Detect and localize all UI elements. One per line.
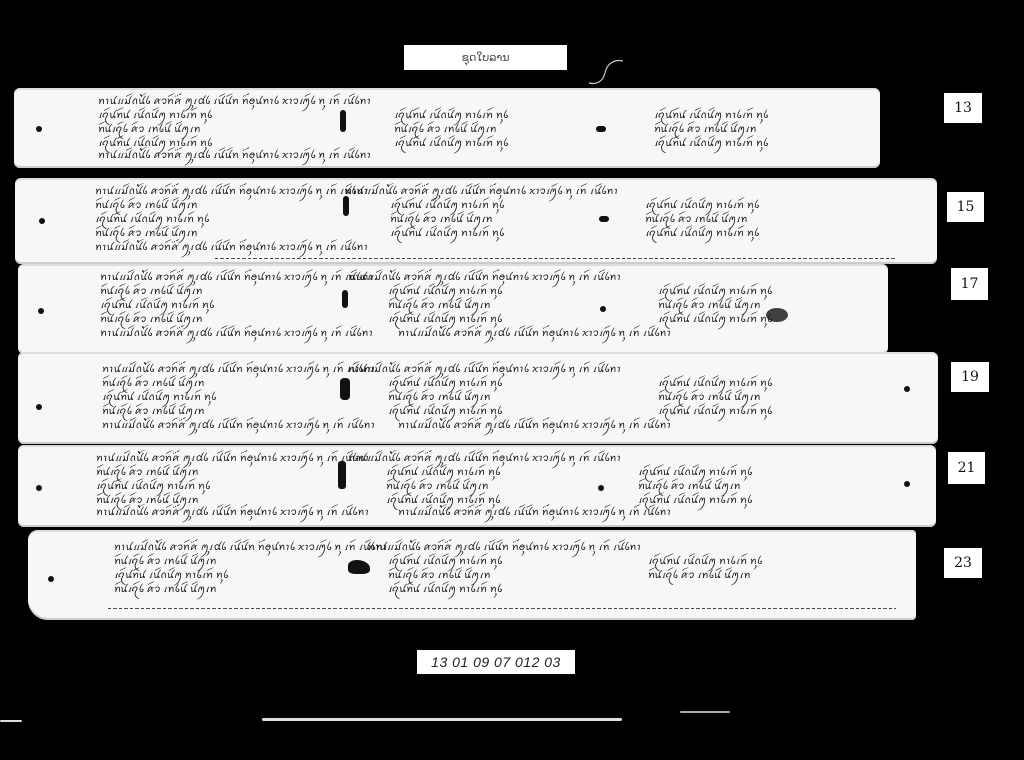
palm-leaf-21: ꪀꪱꪙꪵꪣꪷꪒꪙꪳꪉ ꪁꪫꪀꪷꪁꪾ ꪑꪴꪹꪠꪉ ꪹꪙꪷꪙꪷꪀ ꪀꪾꪮꪴꪙꪀꪱꪉ … [18,445,936,527]
script-line: ꪀꪱꪙꪵꪣꪷꪒꪙꪳꪉ ꪁꪫꪀꪷꪁꪾ ꪑꪴꪹꪠꪉ ꪹꪙꪷꪙꪷꪀ ꪀꪾꪮꪴꪙꪀꪱꪉ … [348,453,621,464]
binding-hole [598,485,604,491]
script-line: ꪹꪖꪷꪙꪀꪷꪙ ꪹꪙꪷꪒꪙꪷꪑ ꪀꪱꪉꪹꪀꪷ ꪀꪴꪉ [102,392,216,403]
page-number-label: 13 [944,93,982,123]
script-line: ꪹꪖꪷꪙꪀꪷꪙ ꪹꪙꪷꪒꪙꪷꪑ ꪀꪱꪉꪹꪀꪷ ꪀꪴꪉ [390,200,504,211]
binding-hole [39,218,45,224]
script-line: ꪀꪷꪙꪹꪖꪷꪉ ꪁꪷꪫ ꪹꪀꪉꪙꪷ ꪙꪷꪑꪹꪀ [96,495,199,506]
thread-strand [585,55,625,87]
script-line: ꪹꪖꪷꪙꪀꪷꪙ ꪹꪙꪷꪒꪙꪷꪑ ꪀꪱꪉꪹꪀꪷ ꪀꪴꪉ [386,495,500,506]
script-line: ꪹꪖꪷꪙꪀꪷꪙ ꪹꪙꪷꪒꪙꪷꪑ ꪀꪱꪉꪹꪀꪷ ꪀꪴꪉ [388,314,502,325]
ink-blot [340,378,350,400]
ink-blot [342,290,348,308]
script-line: ꪀꪷꪙꪹꪖꪷꪉ ꪁꪷꪫ ꪹꪀꪉꪙꪷ ꪙꪷꪑꪹꪀ [654,124,757,135]
binding-hole [36,404,42,410]
binding-hole [599,216,609,222]
script-line: ꪹꪖꪷꪙꪀꪷꪙ ꪹꪙꪷꪒꪙꪷꪑ ꪀꪱꪉꪹꪀꪷ ꪀꪴꪉ [386,467,500,478]
scan-streak [0,720,22,722]
script-line: ꪹꪖꪷꪙꪀꪷꪙ ꪹꪙꪷꪒꪙꪷꪑ ꪀꪱꪉꪹꪀꪷ ꪀꪴꪉ [654,110,768,121]
script-line: ꪹꪖꪷꪙꪀꪷꪙ ꪹꪙꪷꪒꪙꪷꪑ ꪀꪱꪉꪹꪀꪷ ꪀꪴꪉ [388,556,502,567]
script-line: ꪹꪖꪷꪙꪀꪷꪙ ꪹꪙꪷꪒꪙꪷꪑ ꪀꪱꪉꪹꪀꪷ ꪀꪴꪉ [96,481,210,492]
script-line: ꪹꪖꪷꪙꪀꪷꪙ ꪹꪙꪷꪒꪙꪷꪑ ꪀꪱꪉꪹꪀꪷ ꪀꪴꪉ [100,300,214,311]
script-line: ꪀꪷꪙꪹꪖꪷꪉ ꪁꪷꪫ ꪹꪀꪉꪙꪷ ꪙꪷꪑꪹꪀ [394,124,497,135]
ink-blot [348,560,370,574]
page-number-label: 15 [947,192,984,222]
script-line: ꪀꪷꪙꪹꪖꪷꪉ ꪁꪷꪫ ꪹꪀꪉꪙꪷ ꪙꪷꪑꪹꪀ [638,481,741,492]
script-line: ꪀꪷꪙꪹꪖꪷꪉ ꪁꪷꪫ ꪹꪀꪉꪙꪷ ꪙꪷꪑꪹꪀ [386,481,489,492]
script-line: ꪀꪷꪙꪹꪖꪷꪉ ꪁꪷꪫ ꪹꪀꪉꪙꪷ ꪙꪷꪑꪹꪀ [648,570,751,581]
script-line: ꪀꪷꪙꪹꪖꪷꪉ ꪁꪷꪫ ꪹꪀꪉꪙꪷ ꪙꪷꪑꪹꪀ [645,214,748,225]
script-line: ꪀꪷꪙꪹꪖꪷꪉ ꪁꪷꪫ ꪹꪀꪉꪙꪷ ꪙꪷꪑꪹꪀ [100,286,203,297]
script-line: ꪀꪱꪙꪵꪣꪷꪒꪙꪳꪉ ꪁꪫꪀꪷꪁꪾ ꪑꪴꪹꪠꪉ ꪹꪙꪷꪙꪷꪀ ꪀꪾꪮꪴꪙꪀꪱꪉ … [398,507,671,518]
script-line: ꪹꪖꪷꪙꪀꪷꪙ ꪹꪙꪷꪒꪙꪷꪑ ꪀꪱꪉꪹꪀꪷ ꪀꪴꪉ [98,110,212,121]
script-line: ꪀꪱꪙꪵꪣꪷꪒꪙꪳꪉ ꪁꪫꪀꪷꪁꪾ ꪑꪴꪹꪠꪉ ꪹꪙꪷꪙꪷꪀ ꪀꪾꪮꪴꪙꪀꪱꪉ … [102,420,375,431]
binding-hole [904,386,910,392]
script-line: ꪀꪱꪙꪵꪣꪷꪒꪙꪳꪉ ꪁꪫꪀꪷꪁꪾ ꪑꪴꪹꪠꪉ ꪹꪙꪷꪙꪷꪀ ꪀꪾꪮꪴꪙꪀꪱꪉ … [96,507,369,518]
script-line: ꪀꪱꪙꪵꪣꪷꪒꪙꪳꪉ ꪁꪫꪀꪷꪁꪾ ꪑꪴꪹꪠꪉ ꪹꪙꪷꪙꪷꪀ ꪀꪾꪮꪴꪙꪀꪱꪉ … [348,364,621,375]
script-line: ꪹꪖꪷꪙꪀꪷꪙ ꪹꪙꪷꪒꪙꪷꪑ ꪀꪱꪉꪹꪀꪷ ꪀꪴꪉ [645,228,759,239]
script-line: ꪀꪷꪙꪹꪖꪷꪉ ꪁꪷꪫ ꪹꪀꪉꪙꪷ ꪙꪷꪑꪹꪀ [102,378,205,389]
ink-blot [343,196,349,216]
script-line: ꪀꪱꪙꪵꪣꪷꪒꪙꪳꪉ ꪁꪫꪀꪷꪁꪾ ꪑꪴꪹꪠꪉ ꪹꪙꪷꪙꪷꪀ ꪀꪾꪮꪴꪙꪀꪱꪉ … [114,542,387,553]
script-line: ꪀꪱꪙꪵꪣꪷꪒꪙꪳꪉ ꪁꪫꪀꪷꪁꪾ ꪑꪴꪹꪠꪉ ꪹꪙꪷꪙꪷꪀ ꪀꪾꪮꪴꪙꪀꪱꪉ … [98,150,371,161]
scan-streak [680,711,730,713]
leaf-edge-line [108,608,896,609]
binding-hole [596,126,606,132]
palm-leaf-17: ꪀꪱꪙꪵꪣꪷꪒꪙꪳꪉ ꪁꪫꪀꪷꪁꪾ ꪑꪴꪹꪠꪉ ꪹꪙꪷꪙꪷꪀ ꪀꪾꪮꪴꪙꪀꪱꪉ … [18,264,888,354]
script-line: ꪀꪱꪙꪵꪣꪷꪒꪙꪳꪉ ꪁꪫꪀꪷꪁꪾ ꪑꪴꪹꪠꪉ ꪹꪙꪷꪙꪷꪀ ꪀꪾꪮꪴꪙꪀꪱꪉ … [96,453,369,464]
script-line: ꪹꪖꪷꪙꪀꪷꪙ ꪹꪙꪷꪒꪙꪷꪑ ꪀꪱꪉꪹꪀꪷ ꪀꪴꪉ [394,110,508,121]
palm-leaf-23: ꪀꪱꪙꪵꪣꪷꪒꪙꪳꪉ ꪁꪫꪀꪷꪁꪾ ꪑꪴꪹꪠꪉ ꪹꪙꪷꪙꪷꪀ ꪀꪾꪮꪴꪙꪀꪱꪉ … [28,530,916,620]
script-line: ꪹꪖꪷꪙꪀꪷꪙ ꪹꪙꪷꪒꪙꪷꪑ ꪀꪱꪉꪹꪀꪷ ꪀꪴꪉ [388,406,502,417]
script-line: ꪹꪖꪷꪙꪀꪷꪙ ꪹꪙꪷꪒꪙꪷꪑ ꪀꪱꪉꪹꪀꪷ ꪀꪴꪉ [388,584,502,595]
script-line: ꪀꪱꪙꪵꪣꪷꪒꪙꪳꪉ ꪁꪫꪀꪷꪁꪾ ꪑꪴꪹꪠꪉ ꪹꪙꪷꪙꪷꪀ ꪀꪾꪮꪴꪙꪀꪱꪉ … [98,96,371,107]
script-line: ꪹꪖꪷꪙꪀꪷꪙ ꪹꪙꪷꪒꪙꪷꪑ ꪀꪱꪉꪹꪀꪷ ꪀꪴꪉ [394,138,508,149]
script-line: ꪀꪱꪙꪵꪣꪷꪒꪙꪳꪉ ꪁꪫꪀꪷꪁꪾ ꪑꪴꪹꪠꪉ ꪹꪙꪷꪙꪷꪀ ꪀꪾꪮꪴꪙꪀꪱꪉ … [398,328,671,339]
script-line: ꪹꪖꪷꪙꪀꪷꪙ ꪹꪙꪷꪒꪙꪷꪑ ꪀꪱꪉꪹꪀꪷ ꪀꪴꪉ [388,286,502,297]
stain [766,308,788,322]
script-line: ꪀꪷꪙꪹꪖꪷꪉ ꪁꪷꪫ ꪹꪀꪉꪙꪷ ꪙꪷꪑꪹꪀ [96,467,199,478]
page-number-label: 19 [951,362,989,392]
script-line: ꪹꪖꪷꪙꪀꪷꪙ ꪹꪙꪷꪒꪙꪷꪑ ꪀꪱꪉꪹꪀꪷ ꪀꪴꪉ [638,495,752,506]
script-line: ꪹꪖꪷꪙꪀꪷꪙ ꪹꪙꪷꪒꪙꪷꪑ ꪀꪱꪉꪹꪀꪷ ꪀꪴꪉ [658,314,772,325]
binding-hole [36,485,42,491]
script-line: ꪀꪷꪙꪹꪖꪷꪉ ꪁꪷꪫ ꪹꪀꪉꪙꪷ ꪙꪷꪑꪹꪀ [95,228,198,239]
script-line: ꪹꪖꪷꪙꪀꪷꪙ ꪹꪙꪷꪒꪙꪷꪑ ꪀꪱꪉꪹꪀꪷ ꪀꪴꪉ [388,378,502,389]
script-line: ꪹꪖꪷꪙꪀꪷꪙ ꪹꪙꪷꪒꪙꪷꪑ ꪀꪱꪉꪹꪀꪷ ꪀꪴꪉ [645,200,759,211]
script-line: ꪀꪷꪙꪹꪖꪷꪉ ꪁꪷꪫ ꪹꪀꪉꪙꪷ ꪙꪷꪑꪹꪀ [114,556,217,567]
page-number-label: 21 [948,452,985,484]
script-line: ꪀꪱꪙꪵꪣꪷꪒꪙꪳꪉ ꪁꪫꪀꪷꪁꪾ ꪑꪴꪹꪠꪉ ꪹꪙꪷꪙꪷꪀ ꪀꪾꪮꪴꪙꪀꪱꪉ … [345,186,618,197]
script-line: ꪹꪖꪷꪙꪀꪷꪙ ꪹꪙꪷꪒꪙꪷꪑ ꪀꪱꪉꪹꪀꪷ ꪀꪴꪉ [658,406,772,417]
script-line: ꪹꪖꪷꪙꪀꪷꪙ ꪹꪙꪷꪒꪙꪷꪑ ꪀꪱꪉꪹꪀꪷ ꪀꪴꪉ [98,138,212,149]
palm-leaf-13: ꪀꪱꪙꪵꪣꪷꪒꪙꪳꪉ ꪁꪫꪀꪷꪁꪾ ꪑꪴꪹꪠꪉ ꪹꪙꪷꪙꪷꪀ ꪀꪾꪮꪴꪙꪀꪱꪉ … [14,88,880,168]
script-line: ꪀꪱꪙꪵꪣꪷꪒꪙꪳꪉ ꪁꪫꪀꪷꪁꪾ ꪑꪴꪹꪠꪉ ꪹꪙꪷꪙꪷꪀ ꪀꪾꪮꪴꪙꪀꪱꪉ … [95,186,368,197]
script-line: ꪀꪱꪙꪵꪣꪷꪒꪙꪳꪉ ꪁꪫꪀꪷꪁꪾ ꪑꪴꪹꪠꪉ ꪹꪙꪷꪙꪷꪀ ꪀꪾꪮꪴꪙꪀꪱꪉ … [102,364,375,375]
script-line: ꪀꪱꪙꪵꪣꪷꪒꪙꪳꪉ ꪁꪫꪀꪷꪁꪾ ꪑꪴꪹꪠꪉ ꪹꪙꪷꪙꪷꪀ ꪀꪾꪮꪴꪙꪀꪱꪉ … [368,542,641,553]
script-line: ꪹꪖꪷꪙꪀꪷꪙ ꪹꪙꪷꪒꪙꪷꪑ ꪀꪱꪉꪹꪀꪷ ꪀꪴꪉ [648,556,762,567]
script-line: ꪀꪷꪙꪹꪖꪷꪉ ꪁꪷꪫ ꪹꪀꪉꪙꪷ ꪙꪷꪑꪹꪀ [102,406,205,417]
script-line: ꪹꪖꪷꪙꪀꪷꪙ ꪹꪙꪷꪒꪙꪷꪑ ꪀꪱꪉꪹꪀꪷ ꪀꪴꪉ [658,378,772,389]
collection-title-label: ຊຸດໃບລານ [404,45,567,70]
script-line: ꪀꪱꪙꪵꪣꪷꪒꪙꪳꪉ ꪁꪫꪀꪷꪁꪾ ꪑꪴꪹꪠꪉ ꪹꪙꪷꪙꪷꪀ ꪀꪾꪮꪴꪙꪀꪱꪉ … [398,420,671,431]
leaf-edge-line [215,258,897,259]
page-number-label: 23 [944,548,982,578]
binding-hole [48,576,54,582]
script-line: ꪀꪷꪙꪹꪖꪷꪉ ꪁꪷꪫ ꪹꪀꪉꪙꪷ ꪙꪷꪑꪹꪀ [658,300,761,311]
binding-hole [36,126,42,132]
script-line: ꪀꪷꪙꪹꪖꪷꪉ ꪁꪷꪫ ꪹꪀꪉꪙꪷ ꪙꪷꪑꪹꪀ [388,392,491,403]
script-line: ꪹꪖꪷꪙꪀꪷꪙ ꪹꪙꪷꪒꪙꪷꪑ ꪀꪱꪉꪹꪀꪷ ꪀꪴꪉ [114,570,228,581]
script-line: ꪹꪖꪷꪙꪀꪷꪙ ꪹꪙꪷꪒꪙꪷꪑ ꪀꪱꪉꪹꪀꪷ ꪀꪴꪉ [390,228,504,239]
binding-hole [904,481,910,487]
script-line: ꪀꪷꪙꪹꪖꪷꪉ ꪁꪷꪫ ꪹꪀꪉꪙꪷ ꪙꪷꪑꪹꪀ [390,214,493,225]
ink-blot [338,461,346,489]
script-line: ꪀꪷꪙꪹꪖꪷꪉ ꪁꪷꪫ ꪹꪀꪉꪙꪷ ꪙꪷꪑꪹꪀ [98,124,201,135]
script-line: ꪀꪷꪙꪹꪖꪷꪉ ꪁꪷꪫ ꪹꪀꪉꪙꪷ ꪙꪷꪑꪹꪀ [658,392,761,403]
script-line: ꪀꪷꪙꪹꪖꪷꪉ ꪁꪷꪫ ꪹꪀꪉꪙꪷ ꪙꪷꪑꪹꪀ [388,300,491,311]
scan-streak [262,718,622,721]
script-line: ꪹꪖꪷꪙꪀꪷꪙ ꪹꪙꪷꪒꪙꪷꪑ ꪀꪱꪉꪹꪀꪷ ꪀꪴꪉ [638,467,752,478]
script-line: ꪹꪖꪷꪙꪀꪷꪙ ꪹꪙꪷꪒꪙꪷꪑ ꪀꪱꪉꪹꪀꪷ ꪀꪴꪉ [95,214,209,225]
script-line: ꪀꪷꪙꪹꪖꪷꪉ ꪁꪷꪫ ꪹꪀꪉꪙꪷ ꪙꪷꪑꪹꪀ [388,570,491,581]
script-line: ꪀꪷꪙꪹꪖꪷꪉ ꪁꪷꪫ ꪹꪀꪉꪙꪷ ꪙꪷꪑꪹꪀ [114,584,217,595]
script-line: ꪀꪷꪙꪹꪖꪷꪉ ꪁꪷꪫ ꪹꪀꪉꪙꪷ ꪙꪷꪑꪹꪀ [95,200,198,211]
palm-leaf-15: ꪀꪱꪙꪵꪣꪷꪒꪙꪳꪉ ꪁꪫꪀꪷꪁꪾ ꪑꪴꪹꪠꪉ ꪹꪙꪷꪙꪷꪀ ꪀꪾꪮꪴꪙꪀꪱꪉ … [15,178,937,264]
script-line: ꪀꪱꪙꪵꪣꪷꪒꪙꪳꪉ ꪁꪫꪀꪷꪁꪾ ꪑꪴꪹꪠꪉ ꪹꪙꪷꪙꪷꪀ ꪀꪾꪮꪴꪙꪀꪱꪉ … [100,272,373,283]
binding-hole [600,306,606,312]
catalog-number-label: 13 01 09 07 012 03 [417,650,575,674]
script-line: ꪀꪱꪙꪵꪣꪷꪒꪙꪳꪉ ꪁꪫꪀꪷꪁꪾ ꪑꪴꪹꪠꪉ ꪹꪙꪷꪙꪷꪀ ꪀꪾꪮꪴꪙꪀꪱꪉ … [95,242,368,253]
script-line: ꪀꪱꪙꪵꪣꪷꪒꪙꪳꪉ ꪁꪫꪀꪷꪁꪾ ꪑꪴꪹꪠꪉ ꪹꪙꪷꪙꪷꪀ ꪀꪾꪮꪴꪙꪀꪱꪉ … [348,272,621,283]
binding-hole [38,308,44,314]
page-number-label: 17 [951,268,988,300]
ink-blot [340,110,346,132]
script-line: ꪹꪖꪷꪙꪀꪷꪙ ꪹꪙꪷꪒꪙꪷꪑ ꪀꪱꪉꪹꪀꪷ ꪀꪴꪉ [654,138,768,149]
palm-leaf-19: ꪀꪱꪙꪵꪣꪷꪒꪙꪳꪉ ꪁꪫꪀꪷꪁꪾ ꪑꪴꪹꪠꪉ ꪹꪙꪷꪙꪷꪀ ꪀꪾꪮꪴꪙꪀꪱꪉ … [18,352,938,444]
script-line: ꪀꪱꪙꪵꪣꪷꪒꪙꪳꪉ ꪁꪫꪀꪷꪁꪾ ꪑꪴꪹꪠꪉ ꪹꪙꪷꪙꪷꪀ ꪀꪾꪮꪴꪙꪀꪱꪉ … [100,328,373,339]
script-line: ꪹꪖꪷꪙꪀꪷꪙ ꪹꪙꪷꪒꪙꪷꪑ ꪀꪱꪉꪹꪀꪷ ꪀꪴꪉ [658,286,772,297]
script-line: ꪀꪷꪙꪹꪖꪷꪉ ꪁꪷꪫ ꪹꪀꪉꪙꪷ ꪙꪷꪑꪹꪀ [100,314,203,325]
